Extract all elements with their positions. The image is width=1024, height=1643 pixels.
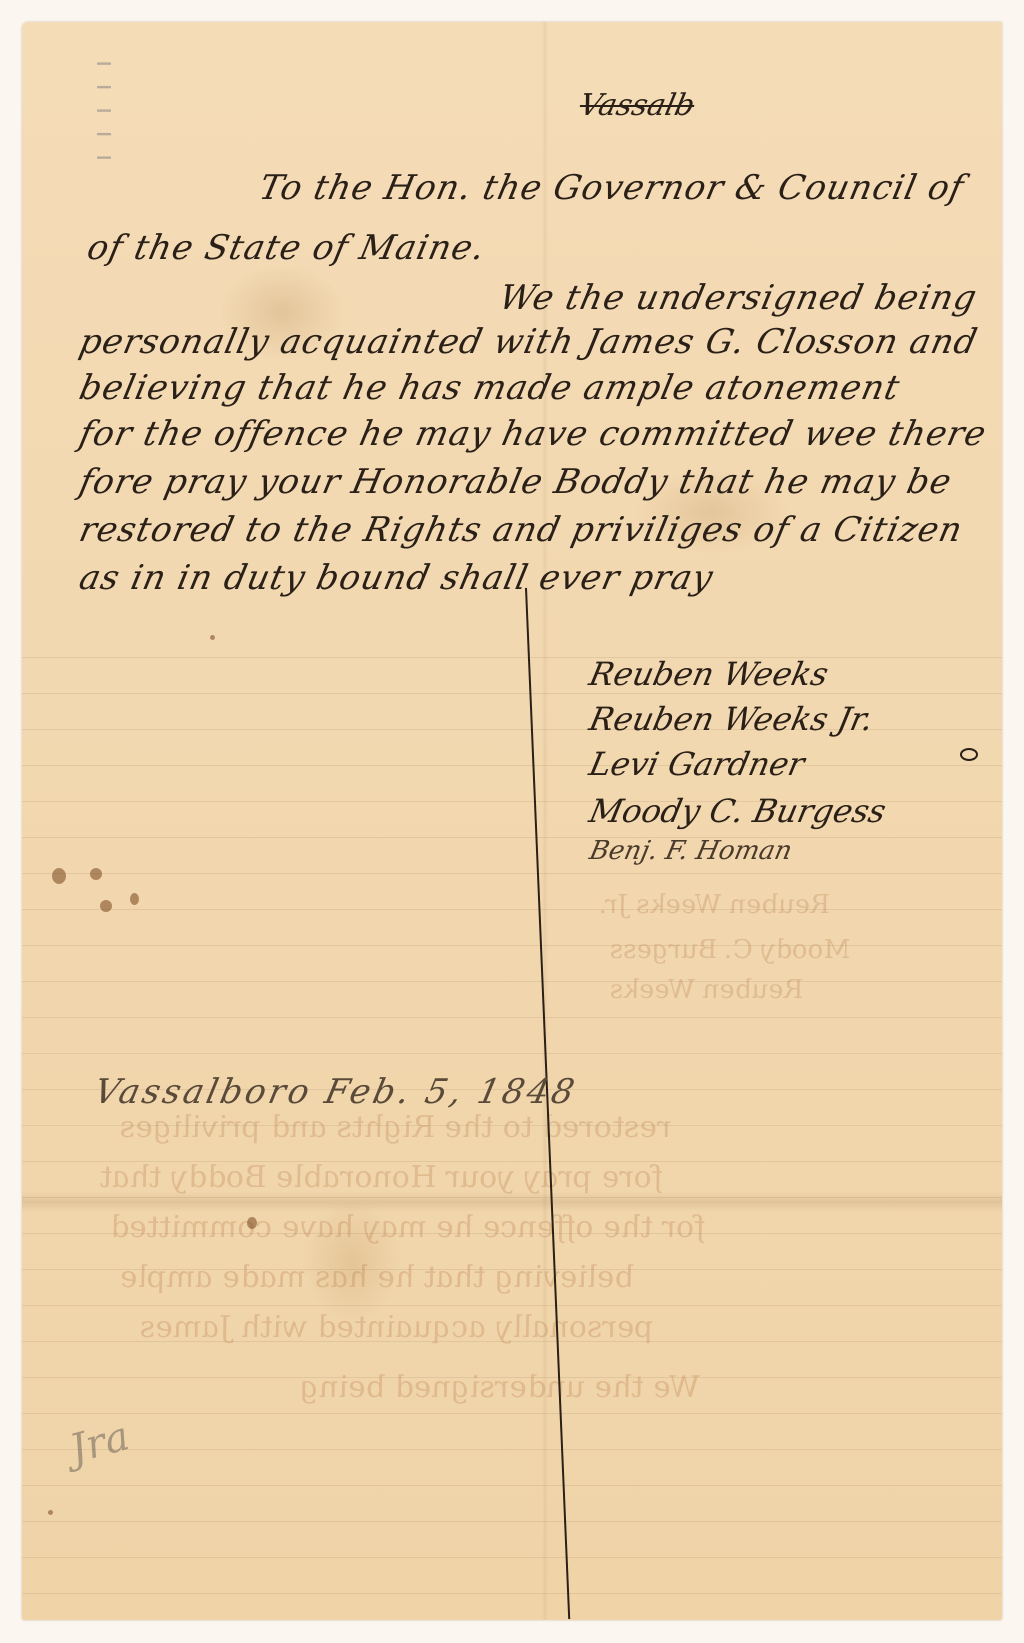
bleed-through-line: for the offence he may have committed	[106, 1210, 709, 1245]
signature: Reuben Weeks	[586, 655, 832, 693]
ink-stain	[52, 868, 66, 884]
salutation-line-1: To the Hon. the Governor & Council of	[256, 168, 968, 208]
ink-stain	[130, 893, 139, 905]
bleed-through-signature: Moody C. Burgess	[607, 935, 853, 965]
signature: Levi Gardner	[586, 745, 808, 783]
bleed-through-line: personally acquainted with James	[136, 1310, 657, 1345]
body-line: restored to the Rights and priviliges of…	[76, 510, 967, 550]
body-line: believing that he has made ample atoneme…	[76, 368, 904, 408]
body-line: as in in duty bound shall ever pray	[76, 558, 717, 598]
signature: Reuben Weeks Jr.	[586, 700, 877, 738]
bleed-through-line: restored to the Rights and priviliges	[116, 1110, 675, 1145]
bleed-through-signature: Reuben Weeks	[607, 975, 807, 1005]
small-circle-mark	[960, 748, 978, 761]
ink-stain	[90, 868, 102, 880]
place-and-date: Vassalboro Feb. 5, 1848	[91, 1072, 581, 1112]
bleed-through-line: believing that he has made ample	[116, 1260, 637, 1295]
ink-stain	[100, 900, 112, 912]
horizontal-fold-crease	[22, 1192, 1002, 1212]
ink-dot	[210, 635, 215, 640]
ink-dot	[48, 1510, 53, 1515]
salutation-line-2: of the State of Maine.	[84, 228, 489, 268]
ink-stain	[247, 1217, 257, 1229]
bleed-through-line: fore pray your Honorable Boddy that	[96, 1160, 667, 1195]
signature: Moody C. Burgess	[586, 792, 889, 830]
bleed-through-line: We the undersigned being	[296, 1370, 703, 1405]
struck-heading: Vassalb	[576, 88, 698, 123]
body-line: We the undersigned being	[496, 278, 981, 318]
body-line: fore pray your Honorable Boddy that he m…	[76, 462, 956, 502]
bleed-through-signature: Reuben Weeks Jr.	[597, 890, 833, 920]
body-line: for the offence he may have committed we…	[76, 414, 990, 454]
signature: Benj. F. Homan	[587, 836, 795, 866]
body-line: personally acquainted with James G. Clos…	[76, 322, 982, 362]
